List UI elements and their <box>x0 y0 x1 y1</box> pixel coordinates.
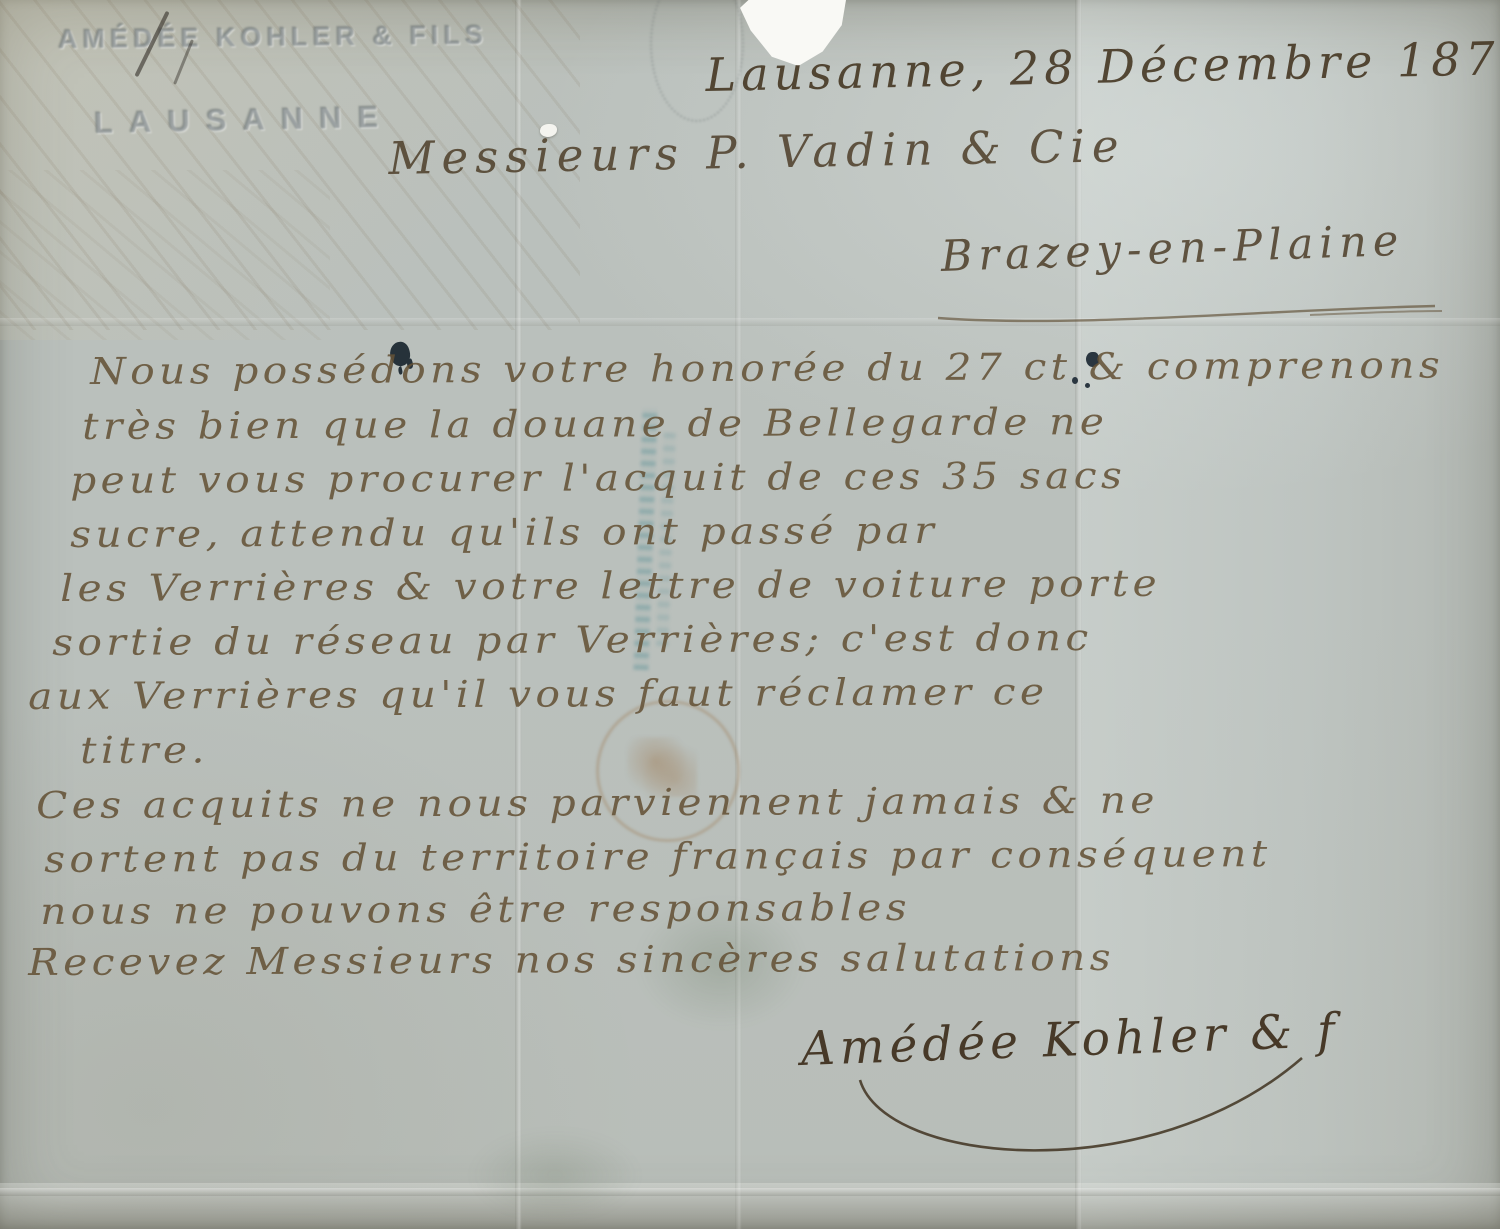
body-line-3: peut vous procurer l'acquit de ces 35 sa… <box>70 454 1126 502</box>
recipient-underline-flourish <box>930 288 1450 328</box>
body-line-12: Recevez Messieurs nos sincères salutatio… <box>28 936 1115 984</box>
body-line-10: sortent pas du territoire français par c… <box>44 832 1272 881</box>
body-line-6: sortie du réseau par Verrières; c'est do… <box>52 616 1093 664</box>
body-line-5: les Verrières & votre lettre de voiture … <box>60 562 1161 610</box>
body-line-9: Ces acquits ne nous parviennent jamais &… <box>36 779 1159 827</box>
letter-scan: AMÉDÉE KOHLER & FILS LAUSANNE Lausanne, … <box>0 0 1500 1229</box>
body-line-8: titre. <box>80 728 209 772</box>
pen-hatching-bleedthrough-2 <box>0 170 330 340</box>
body-line-11: nous ne pouvons être responsables <box>40 886 911 933</box>
body-line-7: aux Verrières qu'il vous faut réclamer c… <box>28 670 1049 718</box>
body-line-1: Nous possédons votre honorée du 27 ct & … <box>90 344 1444 393</box>
fold-crease-vertical-2 <box>735 0 742 1229</box>
body-line-2: très bien que la douane de Bellegarde ne <box>82 400 1108 448</box>
body-line-4: sucre, attendu qu'ils ont passé par <box>70 509 938 556</box>
letterhead-company-stamp: AMÉDÉE KOHLER & FILS <box>58 20 488 56</box>
signature-flourish <box>830 1040 1330 1180</box>
stain-blob-bottom <box>470 1130 640 1220</box>
fold-crease-horizontal-2 <box>0 1188 1500 1196</box>
letterhead-city-stamp: LAUSANNE <box>94 99 395 141</box>
